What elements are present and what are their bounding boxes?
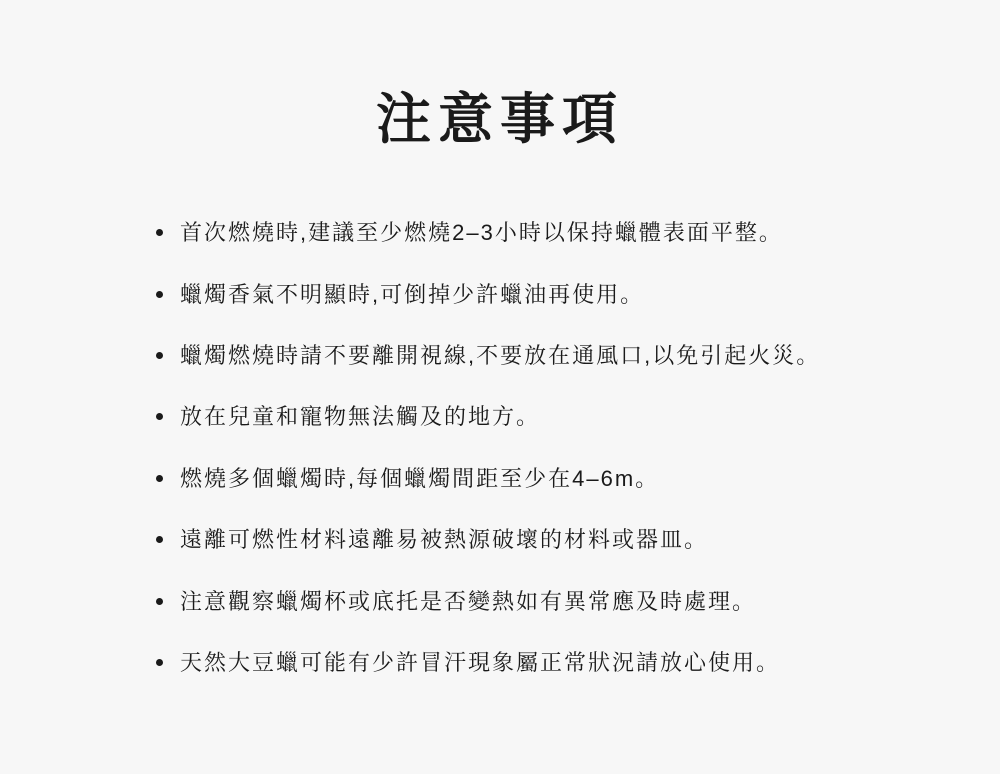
list-item: 放在兒童和寵物無法觸及的地方。 — [156, 385, 820, 446]
note-text: 遠離可燃性材料遠離易被熱源破壞的材料或器皿。 — [180, 523, 708, 554]
bullet-icon — [156, 229, 163, 236]
list-item: 遠離可燃性材料遠離易被熱源破壞的材料或器皿。 — [156, 508, 820, 569]
list-item: 蠟燭香氣不明顯時,可倒掉少許蠟油再使用。 — [156, 262, 820, 323]
list-item: 蠟燭燃燒時請不要離開視線,不要放在通風口,以免引起火災。 — [156, 324, 820, 385]
note-text: 燃燒多個蠟燭時,每個蠟燭間距至少在4–6m。 — [180, 462, 659, 493]
bullet-icon — [156, 475, 163, 482]
list-item: 注意觀察蠟燭杯或底托是否變熱如有異常應及時處理。 — [156, 569, 820, 630]
bullet-icon — [156, 352, 163, 359]
note-text: 蠟燭燃燒時請不要離開視線,不要放在通風口,以免引起火災。 — [180, 339, 820, 370]
note-text: 注意觀察蠟燭杯或底托是否變熱如有異常應及時處理。 — [180, 585, 756, 616]
precautions-page: 注意事項 首次燃燒時,建議至少燃燒2–3小時以保持蠟體表面平整。 蠟燭香氣不明顯… — [0, 0, 1000, 774]
list-item: 首次燃燒時,建議至少燃燒2–3小時以保持蠟體表面平整。 — [156, 201, 820, 262]
bullet-icon — [156, 659, 163, 666]
note-text: 蠟燭香氣不明顯時,可倒掉少許蠟油再使用。 — [180, 278, 644, 309]
note-text: 首次燃燒時,建議至少燃燒2–3小時以保持蠟體表面平整。 — [180, 216, 783, 247]
precautions-list: 首次燃燒時,建議至少燃燒2–3小時以保持蠟體表面平整。 蠟燭香氣不明顯時,可倒掉… — [156, 201, 820, 692]
bullet-icon — [156, 291, 163, 298]
note-text: 天然大豆蠟可能有少許冒汗現象屬正常狀況請放心使用。 — [180, 646, 780, 677]
bullet-icon — [156, 413, 163, 420]
list-item: 天然大豆蠟可能有少許冒汗現象屬正常狀況請放心使用。 — [156, 631, 820, 692]
bullet-icon — [156, 598, 163, 605]
list-item: 燃燒多個蠟燭時,每個蠟燭間距至少在4–6m。 — [156, 447, 820, 508]
page-title: 注意事項 — [0, 86, 1000, 152]
bullet-icon — [156, 536, 163, 543]
note-text: 放在兒童和寵物無法觸及的地方。 — [180, 400, 540, 431]
